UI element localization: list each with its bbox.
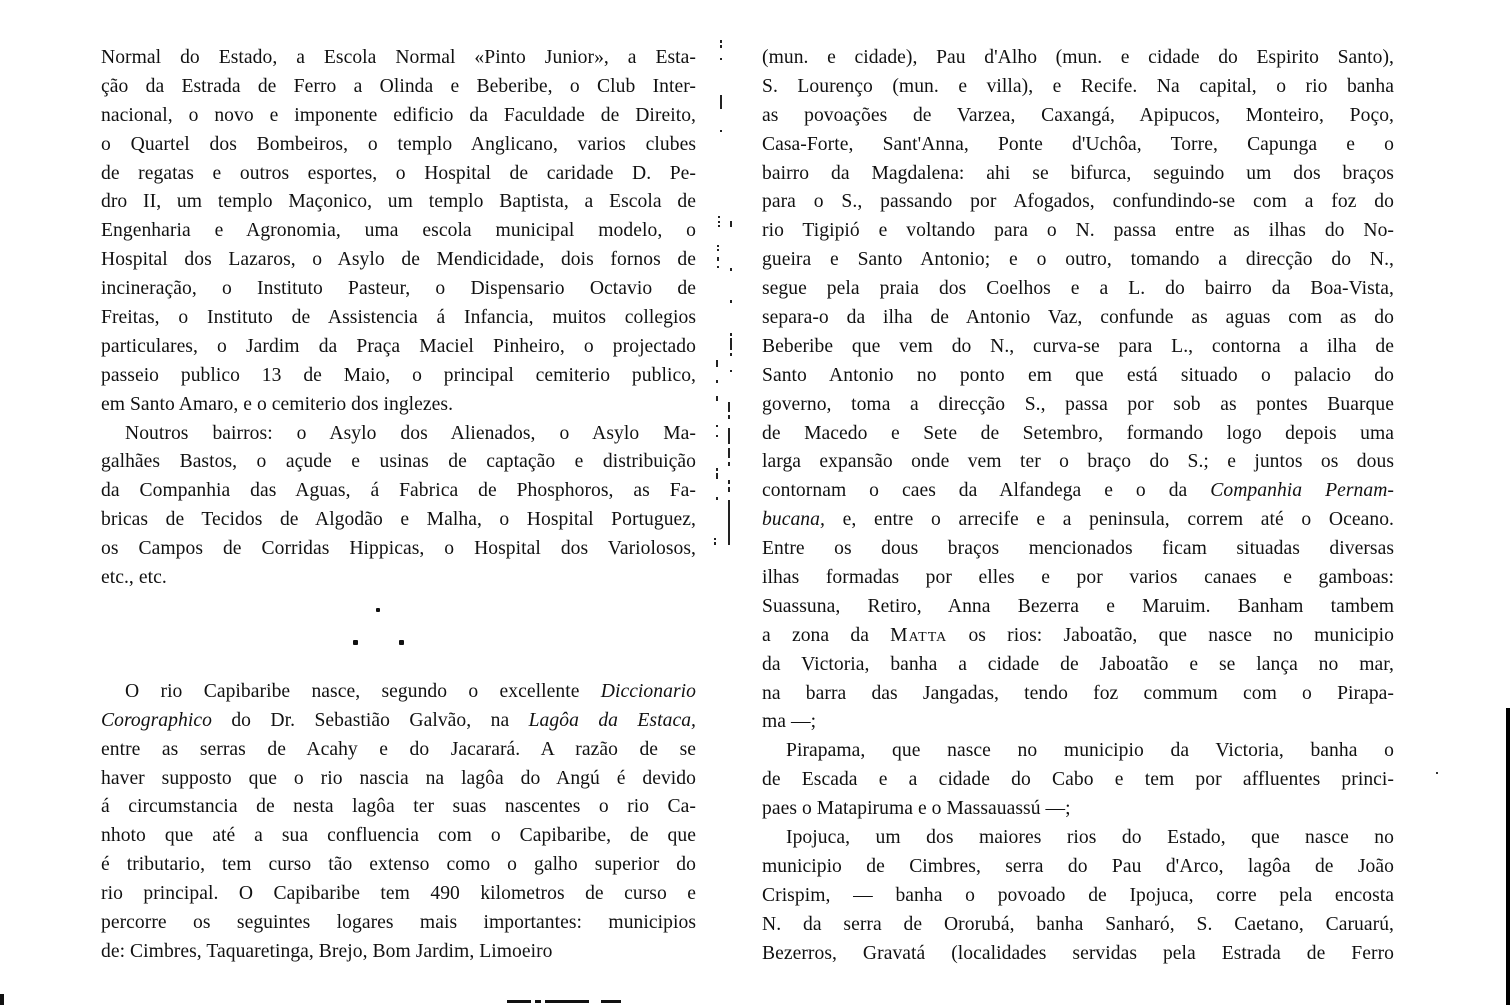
scan-speck: [716, 380, 718, 383]
scan-speck: [718, 221, 720, 223]
text-line: larga expansão onde vem ter o braço do S…: [762, 448, 1394, 477]
paragraph-capibaribe: O rio Capibaribe nasce, segundo o excell…: [101, 678, 696, 967]
text-line: de: Cimbres, Taquaretinga, Brejo, Bom Ja…: [101, 938, 696, 967]
scan-speck: [716, 435, 718, 437]
text-run: ilhas formadas por elles e por varios ca…: [762, 567, 1394, 588]
italic-text: Corographico: [101, 710, 212, 731]
text-line: da Companhia das Aguas, á Fabrica de Pho…: [101, 477, 696, 506]
text-run: de Macedo e Sete de Setembro, formando l…: [762, 423, 1394, 444]
text-line: bucana, e, entre o arrecife e a peninsul…: [762, 506, 1394, 535]
scan-speck: [718, 225, 720, 227]
text-line: Crispim, — banha o povoado de Ipojuca, c…: [762, 882, 1394, 911]
text-run: Crispim, — banha o povoado de Ipojuca, c…: [762, 885, 1394, 906]
scan-speck: [728, 462, 730, 466]
scan-speck: [728, 487, 730, 492]
text-line: para o S., passando por Afogados, confun…: [762, 188, 1394, 217]
scan-speck: [716, 425, 718, 427]
text-run: nhoto que até a sua confluencia com o Ca…: [101, 825, 696, 846]
scan-speck: [728, 500, 730, 545]
text-run: de Escada e a cidade do Cabo e tem por a…: [762, 769, 1394, 790]
scan-edge-shadow: [1506, 708, 1510, 1005]
text-run: do Dr. Sebastião Galvão, na: [212, 710, 529, 731]
text-line: percorre os seguintes logares mais impor…: [101, 909, 696, 938]
italic-text: Diccionario: [601, 681, 696, 702]
text-line: Beberibe que vem do N., curva-se para L.…: [762, 333, 1394, 362]
text-line: dro II, um templo Maçonico, um templo Ba…: [101, 188, 696, 217]
scan-speck: [716, 468, 718, 471]
text-line: nhoto que até a sua confluencia com o Ca…: [101, 822, 696, 851]
text-run: Suassuna, Retiro, Anna Bezerra e Maruim.…: [762, 596, 1394, 617]
text-run: S. Lourenço (mun. e villa), e Recife. Na…: [762, 76, 1394, 97]
text-run: rio Tigipió e voltando para o N. passa e…: [762, 220, 1394, 241]
scan-speck: [730, 300, 732, 303]
italic-text: Lagôa da Estaca,: [529, 710, 696, 731]
text-run: entre as serras de Acahy e do Jacarará. …: [101, 739, 696, 760]
text-run: Ipojuca, um dos maiores rios do Estado, …: [786, 827, 1394, 848]
scan-speck: [716, 473, 718, 479]
text-line: bricas de Tecidos de Algodão e Malha, o …: [101, 506, 696, 535]
text-run: as povoações de Varzea, Caxangá, Apipuco…: [762, 105, 1394, 126]
small-caps-text: Matta: [890, 625, 947, 646]
text-line: de Macedo e Sete de Setembro, formando l…: [762, 420, 1394, 449]
gutter-scan-marks: [718, 30, 748, 990]
scan-speck: [714, 542, 716, 545]
text-run: Casa-Forte, Sant'Anna, Ponte d'Uchôa, To…: [762, 134, 1394, 155]
scan-dash: [535, 1000, 541, 1003]
scan-speck: [716, 497, 718, 500]
text-line: de Escada e a cidade do Cabo e tem por a…: [762, 766, 1394, 795]
scan-speck: [720, 45, 722, 48]
text-run: Beberibe que vem do N., curva-se para L.…: [762, 336, 1394, 357]
text-line: da Victoria, banha a cidade de Jaboatão …: [762, 651, 1394, 680]
paragraph-institutions: Normal do Estado, a Escola Normal «Pinto…: [101, 44, 696, 420]
book-page: Normal do Estado, a Escola Normal «Pinto…: [0, 0, 1510, 1005]
text-line: rio Tigipió e voltando para o N. passa e…: [762, 217, 1394, 246]
scan-speck: [720, 58, 722, 60]
text-line: entre as serras de Acahy e do Jacarará. …: [101, 736, 696, 765]
scan-speck: [728, 480, 730, 484]
scan-bottom-rule: [493, 1000, 613, 1003]
text-run: municipio de Cimbres, serra do Pau d'Arc…: [762, 856, 1394, 877]
text-run: gueira e Santo Antonio; e o outro, toman…: [762, 249, 1394, 270]
scan-speck: [730, 333, 732, 336]
text-run: N. da serra de Ororubá, banha Sanharó, S…: [762, 914, 1394, 935]
text-line: contornam o caes da Alfandega e o da Com…: [762, 477, 1394, 506]
text-line: Santo Antonio no ponto em que está situa…: [762, 362, 1394, 391]
left-column: Normal do Estado, a Escola Normal «Pinto…: [101, 44, 696, 967]
text-run: haver supposto que o rio nascia na lagôa…: [101, 768, 696, 789]
text-run: bairro da Magdalena: ahi se bifurca, seg…: [762, 163, 1394, 184]
text-run: Bezerros, Gravatá (localidades servidas …: [762, 943, 1394, 964]
right-column: (mun. e cidade), Pau d'Alho (mun. e cida…: [762, 44, 1394, 969]
text-line: Ipojuca, um dos maiores rios do Estado, …: [762, 824, 1394, 853]
paragraph-other-neighborhoods: Noutros bairros: o Asylo dos Alienados, …: [101, 420, 696, 593]
text-run: os rios: Jaboatão, que nasce no municipi…: [947, 625, 1394, 646]
text-line: o Quartel dos Bombeiros, o templo Anglic…: [101, 131, 696, 160]
text-line: O rio Capibaribe nasce, segundo o excell…: [101, 678, 696, 707]
paragraph-capibaribe-course: (mun. e cidade), Pau d'Alho (mun. e cida…: [762, 44, 1394, 737]
italic-text: Companhia Pernam-: [1210, 480, 1394, 501]
paragraph-pirapama: Pirapama, que nasce no municipio da Vict…: [762, 737, 1394, 824]
text-line: Entre os dous braços mencionados ficam s…: [762, 535, 1394, 564]
text-run: Entre os dous braços mencionados ficam s…: [762, 538, 1394, 559]
text-line: Hospital dos Lazaros, o Asylo de Mendici…: [101, 246, 696, 275]
text-run: na barra das Jangadas, tendo foz commum …: [762, 683, 1394, 704]
scan-speck: [728, 428, 730, 444]
scan-speck: [717, 249, 719, 251]
text-line: S. Lourenço (mun. e villa), e Recife. Na…: [762, 73, 1394, 102]
text-line: ção da Estrada de Ferro a Olinda e Beber…: [101, 73, 696, 102]
text-line: em Santo Amaro, e o cemiterio dos inglez…: [101, 391, 696, 420]
text-run: governo, toma a direcção S., passa por s…: [762, 394, 1394, 415]
text-run: e, entre o arrecife e a peninsula, corre…: [825, 509, 1394, 530]
scan-speck: [730, 370, 732, 372]
text-line: municipio de Cimbres, serra do Pau d'Arc…: [762, 853, 1394, 882]
text-run: de: Cimbres, Taquaretinga, Brejo, Bom Ja…: [101, 941, 553, 962]
text-run: da Victoria, banha a cidade de Jaboatão …: [762, 654, 1394, 675]
text-run: O rio Capibaribe nasce, segundo o excell…: [125, 681, 601, 702]
text-line: de regatas e outros esportes, o Hospital…: [101, 160, 696, 189]
text-line: paes o Matapiruma e o Massauassú —;: [762, 795, 1394, 824]
scan-speck: [730, 338, 732, 350]
text-line: Pirapama, que nasce no municipio da Vict…: [762, 737, 1394, 766]
text-run: percorre os seguintes logares mais impor…: [101, 912, 696, 933]
text-line: nacional, o novo e imponente edificio da…: [101, 102, 696, 131]
asterism-dot-icon: [353, 640, 358, 645]
text-run: larga expansão onde vem ter o braço do S…: [762, 451, 1394, 472]
text-run: paes o Matapiruma e o Massauassú —;: [762, 798, 1071, 819]
scan-speck: [717, 245, 719, 247]
text-line: bairro da Magdalena: ahi se bifurca, seg…: [762, 160, 1394, 189]
text-line: na barra das Jangadas, tendo foz commum …: [762, 680, 1394, 709]
text-line: Normal do Estado, a Escola Normal «Pinto…: [101, 44, 696, 73]
text-run: separa-o da ilha de Antonio Vaz, confund…: [762, 307, 1394, 328]
text-line: (mun. e cidade), Pau d'Alho (mun. e cida…: [762, 44, 1394, 73]
text-line: governo, toma a direcção S., passa por s…: [762, 391, 1394, 420]
text-run: é tributario, tem curso tão extenso como…: [101, 854, 696, 875]
text-run: contornam o caes da Alfandega e o da: [762, 480, 1210, 501]
asterism-dot-icon: [376, 608, 380, 612]
text-run: segue pela praia dos Coelhos e a L. do b…: [762, 278, 1394, 299]
text-line: segue pela praia dos Coelhos e a L. do b…: [762, 275, 1394, 304]
scan-corner-mark: [0, 994, 4, 1005]
text-line: passeio publico 13 de Maio, o principal …: [101, 362, 696, 391]
text-line: Engenharia e Agronomia, uma escola munic…: [101, 217, 696, 246]
text-run: Pirapama, que nasce no municipio da Vict…: [786, 740, 1394, 761]
text-line: haver supposto que o rio nascia na lagôa…: [101, 765, 696, 794]
scan-speck: [730, 353, 732, 356]
scan-speck: [716, 360, 718, 367]
scan-speck: [717, 266, 719, 268]
text-line: ilhas formadas por elles e por varios ca…: [762, 564, 1394, 593]
text-line: é tributario, tem curso tão extenso como…: [101, 851, 696, 880]
text-line: Casa-Forte, Sant'Anna, Ponte d'Uchôa, To…: [762, 131, 1394, 160]
scan-speck: [717, 257, 719, 261]
text-line: rio principal. O Capibaribe tem 490 kilo…: [101, 880, 696, 909]
scan-speck: [720, 130, 722, 132]
text-run: para o S., passando por Afogados, confun…: [762, 191, 1394, 212]
text-line: as povoações de Varzea, Caxangá, Apipuco…: [762, 102, 1394, 131]
scan-speck: [718, 216, 720, 218]
scan-speck: [728, 415, 730, 419]
text-run: (mun. e cidade), Pau d'Alho (mun. e cida…: [762, 47, 1394, 68]
text-run: Santo Antonio no ponto em que está situa…: [762, 365, 1394, 386]
asterism-dot-icon: [399, 640, 404, 645]
text-line: incineração, o Instituto Pasteur, o Disp…: [101, 275, 696, 304]
text-line: Freitas, o Instituto de Assistencia á In…: [101, 304, 696, 333]
scan-speck: [720, 40, 722, 43]
scan-dash: [545, 1000, 589, 1003]
scan-speck: [730, 221, 732, 227]
scan-dash: [601, 1000, 621, 1003]
text-line: ma —;: [762, 708, 1394, 737]
scan-speck: [730, 268, 732, 271]
scan-speck: [714, 538, 716, 540]
text-line: Noutros bairros: o Asylo dos Alienados, …: [101, 420, 696, 449]
text-run: ma —;: [762, 711, 816, 732]
asterism-section-break: [340, 600, 420, 660]
scan-speck: [1436, 772, 1438, 774]
text-line: Bezerros, Gravatá (localidades servidas …: [762, 940, 1394, 969]
text-line: galhães Bastos, o açude e usinas de capt…: [101, 448, 696, 477]
text-line: particulares, o Jardim da Praça Maciel P…: [101, 333, 696, 362]
scan-speck: [728, 448, 730, 458]
scan-speck: [728, 402, 730, 412]
scan-dash: [507, 1000, 531, 1003]
text-line: á circumstancia de nesta lagôa ter suas …: [101, 793, 696, 822]
text-line: Corographico do Dr. Sebastião Galvão, na…: [101, 707, 696, 736]
italic-text: bucana,: [762, 509, 825, 530]
text-line: os Campos de Corridas Hippicas, o Hospit…: [101, 535, 696, 564]
text-line: etc., etc.: [101, 564, 696, 593]
text-line-content: Noutros bairros: o Asylo dos Alienados, …: [125, 423, 696, 444]
text-run: á circumstancia de nesta lagôa ter suas …: [101, 796, 696, 817]
scan-speck: [720, 95, 722, 109]
text-run: rio principal. O Capibaribe tem 490 kilo…: [101, 883, 696, 904]
text-run: a zona da: [762, 625, 890, 646]
paragraph-ipojuca: Ipojuca, um dos maiores rios do Estado, …: [762, 824, 1394, 968]
text-line: gueira e Santo Antonio; e o outro, toman…: [762, 246, 1394, 275]
scan-speck: [716, 396, 718, 401]
text-line: Suassuna, Retiro, Anna Bezerra e Maruim.…: [762, 593, 1394, 622]
text-line: N. da serra de Ororubá, banha Sanharó, S…: [762, 911, 1394, 940]
text-line: a zona da Matta os rios: Jaboatão, que n…: [762, 622, 1394, 651]
text-line: separa-o da ilha de Antonio Vaz, confund…: [762, 304, 1394, 333]
